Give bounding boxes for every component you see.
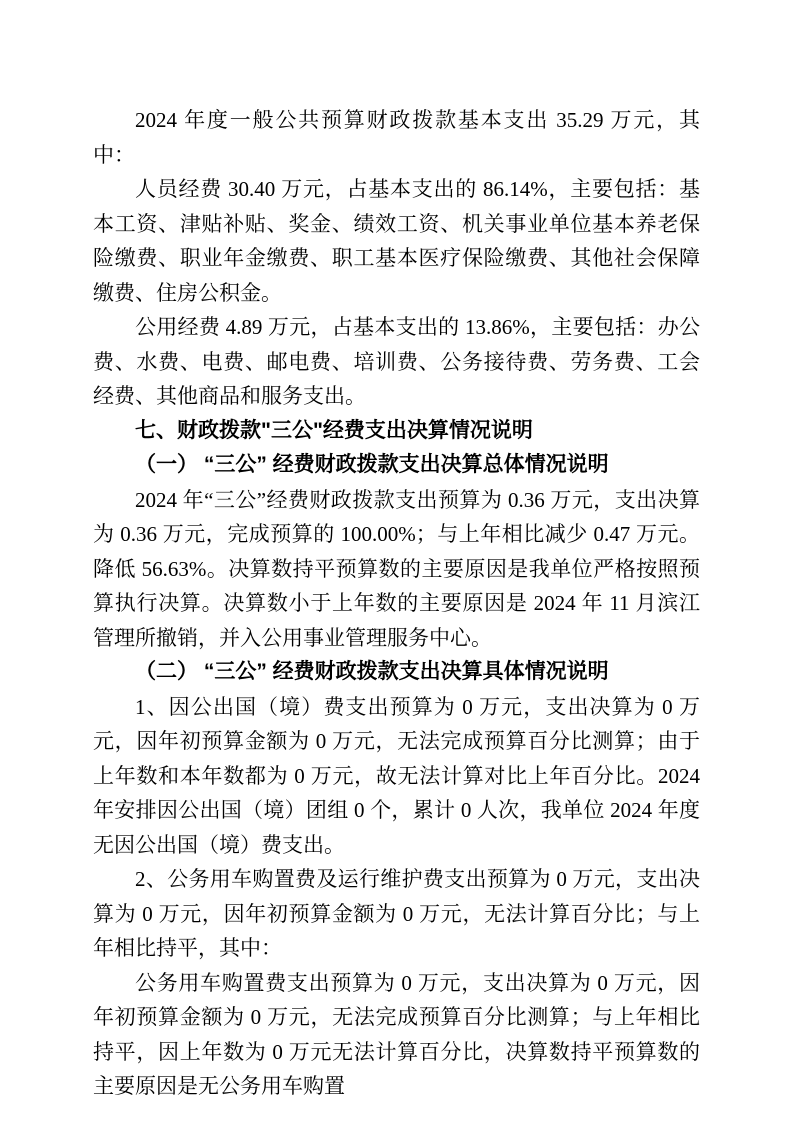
- document-page: 2024 年度一般公共预算财政拨款基本支出 35.29 万元，其中： 人员经费 …: [93, 103, 700, 1104]
- para-overseas-trip-expense: 1、因公出国（境）费支出预算为 0 万元，支出决算为 0 万元，因年初预算金额为…: [93, 690, 700, 863]
- para-three-public-overall: 2024 年“三公”经费财政拨款支出预算为 0.36 万元，支出决算为 0.36…: [93, 483, 700, 656]
- para-official-vehicle-purchase: 公务用车购置费支出预算为 0 万元，支出决算为 0 万元，因年初预算金额为 0 …: [93, 966, 700, 1104]
- para-official-vehicle-total: 2、公务用车购置费及运行维护费支出预算为 0 万元，支出决算为 0 万元，因年初…: [93, 862, 700, 966]
- para-public-operating-expense: 公用经费 4.89 万元，占基本支出的 13.86%，主要包括：办公费、水费、电…: [93, 310, 700, 414]
- para-basic-expenditure-total: 2024 年度一般公共预算财政拨款基本支出 35.29 万元，其中：: [93, 103, 700, 172]
- heading-subsection-two-detail: （二） “三公” 经费财政拨款支出决算具体情况说明: [93, 655, 700, 690]
- heading-subsection-one-overall: （一） “三公” 经费财政拨款支出决算总体情况说明: [93, 448, 700, 483]
- heading-section-seven-three-public-funds: 七、财政拨款"三公"经费支出决算情况说明: [93, 414, 700, 449]
- para-personnel-expense: 人员经费 30.40 万元，占基本支出的 86.14%，主要包括：基本工资、津贴…: [93, 172, 700, 310]
